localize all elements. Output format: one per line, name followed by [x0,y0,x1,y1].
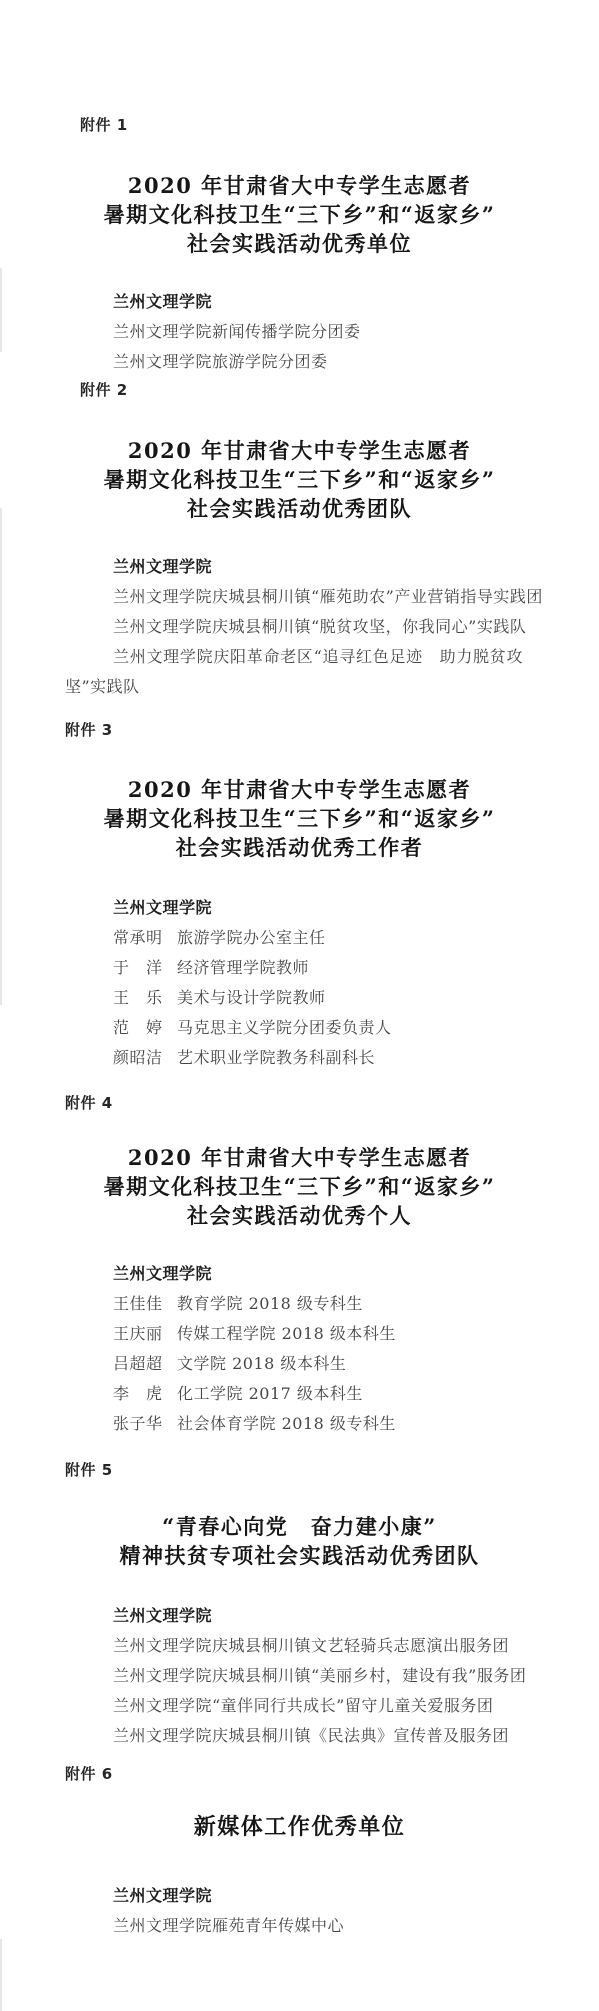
award-list: 兰州文理学院 王佳佳教育学院 2018 级专科生王庆丽传媒工程学院 2018 级… [65,1259,523,1439]
award-item: 兰州文理学院庆阳革命老区“追寻红色足迹 助力脱贫攻坚”实践队 [65,642,523,702]
title-line: 社会实践活动优秀团队 [0,494,599,523]
title-line: 暑期文化科技卫生“三下乡”和“返家乡” [0,804,599,833]
attachment-title: “青春心向党 奋力建小康”精神扶贫专项社会实践活动优秀团队 [0,1512,599,1570]
title-line: 社会实践活动优秀个人 [0,1201,599,1230]
award-item: 兰州文理学院“童伴同行共成长”留守儿童关爱服务团 [65,1691,523,1721]
group-heading: 兰州文理学院 [65,893,523,923]
recipient-name: 王佳佳 [113,1289,161,1319]
attachment-title: 2020 年甘肃省大中专学生志愿者暑期文化科技卫生“三下乡”和“返家乡”社会实践… [0,171,599,258]
attachment-label: 附件 4 [65,1094,599,1113]
group-heading: 兰州文理学院 [65,1881,523,1911]
award-list: 兰州文理学院 兰州文理学院新闻传播学院分团委兰州文理学院旅游学院分团委 [65,287,523,377]
award-item: 兰州文理学院庆城县桐川镇“美丽乡村，建设有我”服务团 [65,1661,523,1691]
recipient-name: 王庆丽 [113,1319,161,1349]
award-item: 兰州文理学院庆城县桐川镇文艺轻骑兵志愿演出服务团 [65,1631,523,1661]
attachment-label: 附件 1 [80,116,599,135]
group-heading: 兰州文理学院 [65,1601,523,1631]
award-item: 颜昭洁艺术职业学院教务科副科长 [65,1043,523,1073]
attachment-section: 附件 1 2020 年甘肃省大中专学生志愿者暑期文化科技卫生“三下乡”和“返家乡… [0,116,599,377]
recipient-name: 于 洋 [113,953,161,983]
recipient-desc: 马克思主义学院分团委负责人 [177,1018,392,1037]
title-line: 社会实践活动优秀工作者 [0,833,599,862]
title-line: 2020 年甘肃省大中专学生志愿者 [0,171,599,200]
award-item: 兰州文理学院庆城县桐川镇“雁苑助农”产业营销指导实践团 [65,582,523,612]
award-item: 李 虎化工学院 2017 级本科生 [65,1379,523,1409]
title-line: 新媒体工作优秀单位 [0,1812,599,1842]
title-line: 2020 年甘肃省大中专学生志愿者 [0,436,599,465]
attachment-section: 附件 5 “青春心向党 奋力建小康”精神扶贫专项社会实践活动优秀团队 兰州文理学… [0,1461,599,1751]
award-item-line: 兰州文理学院庆阳革命老区“追寻红色足迹 助力脱贫攻 [65,642,523,672]
recipient-name: 颜昭洁 [113,1043,161,1073]
award-item: 王庆丽传媒工程学院 2018 级本科生 [65,1319,523,1349]
award-list: 兰州文理学院 兰州文理学院雁苑青年传媒中心 [65,1881,523,1941]
attachment-title: 2020 年甘肃省大中专学生志愿者暑期文化科技卫生“三下乡”和“返家乡”社会实践… [0,775,599,862]
attachment-section: 附件 3 2020 年甘肃省大中专学生志愿者暑期文化科技卫生“三下乡”和“返家乡… [0,721,599,1073]
award-list: 兰州文理学院 兰州文理学院庆城县桐川镇文艺轻骑兵志愿演出服务团兰州文理学院庆城县… [65,1601,523,1751]
award-list: 兰州文理学院 兰州文理学院庆城县桐川镇“雁苑助农”产业营销指导实践团兰州文理学院… [65,552,523,702]
recipient-desc: 社会体育学院 2018 级专科生 [177,1414,396,1433]
attachment-title: 2020 年甘肃省大中专学生志愿者暑期文化科技卫生“三下乡”和“返家乡”社会实践… [0,436,599,523]
group-heading: 兰州文理学院 [65,287,523,317]
recipient-desc: 化工学院 2017 级本科生 [177,1384,363,1403]
recipient-desc: 旅游学院办公室主任 [177,928,326,947]
award-item: 兰州文理学院庆城县桐川镇《民法典》宣传普及服务团 [65,1721,523,1751]
title-line: 2020 年甘肃省大中专学生志愿者 [0,1143,599,1172]
title-line: 社会实践活动优秀单位 [0,229,599,258]
group-heading: 兰州文理学院 [65,1259,523,1289]
award-item: 兰州文理学院旅游学院分团委 [65,347,523,377]
title-line: 2020 年甘肃省大中专学生志愿者 [0,775,599,804]
scan-edge-artifact [0,1939,2,2011]
attachment-section: 附件 4 2020 年甘肃省大中专学生志愿者暑期文化科技卫生“三下乡”和“返家乡… [0,1094,599,1439]
recipient-name: 吕超超 [113,1349,161,1379]
recipient-desc: 艺术职业学院教务科副科长 [177,1048,375,1067]
award-item: 兰州文理学院新闻传播学院分团委 [65,317,523,347]
recipient-desc: 经济管理学院教师 [177,958,309,977]
title-line: 暑期文化科技卫生“三下乡”和“返家乡” [0,465,599,494]
award-item: 吕超超文学院 2018 级本科生 [65,1349,523,1379]
recipient-desc: 教育学院 2018 级专科生 [177,1294,363,1313]
award-item: 兰州文理学院庆城县桐川镇“脱贫攻坚，你我同心”实践队 [65,612,523,642]
award-item: 张子华社会体育学院 2018 级专科生 [65,1409,523,1439]
recipient-desc: 美术与设计学院教师 [177,988,326,1007]
attachment-title: 新媒体工作优秀单位 [0,1812,599,1842]
award-item: 兰州文理学院雁苑青年传媒中心 [65,1911,523,1941]
recipient-name: 张子华 [113,1409,161,1439]
attachment-label: 附件 3 [65,721,599,740]
scan-edge-artifact [0,508,2,1005]
attachment-title: 2020 年甘肃省大中专学生志愿者暑期文化科技卫生“三下乡”和“返家乡”社会实践… [0,1143,599,1230]
attachments-document: 附件 1 2020 年甘肃省大中专学生志愿者暑期文化科技卫生“三下乡”和“返家乡… [0,116,599,1941]
attachment-label: 附件 2 [80,381,599,400]
award-list: 兰州文理学院 常承明旅游学院办公室主任于 洋经济管理学院教师王 乐美术与设计学院… [65,893,523,1073]
recipient-name: 范 婷 [113,1013,161,1043]
award-item: 王 乐美术与设计学院教师 [65,983,523,1013]
recipient-name: 李 虎 [113,1379,161,1409]
recipient-desc: 文学院 2018 级本科生 [177,1354,346,1373]
group-heading: 兰州文理学院 [65,552,523,582]
award-item: 范 婷马克思主义学院分团委负责人 [65,1013,523,1043]
award-item: 王佳佳教育学院 2018 级专科生 [65,1289,523,1319]
recipient-name: 常承明 [113,923,161,953]
award-item-line: 坚”实践队 [65,672,523,702]
document-page: 附件 1 2020 年甘肃省大中专学生志愿者暑期文化科技卫生“三下乡”和“返家乡… [0,0,599,2011]
title-line: 暑期文化科技卫生“三下乡”和“返家乡” [0,200,599,229]
title-line: “青春心向党 奋力建小康” [0,1512,599,1541]
recipient-name: 王 乐 [113,983,161,1013]
title-line: 精神扶贫专项社会实践活动优秀团队 [0,1541,599,1570]
recipient-desc: 传媒工程学院 2018 级本科生 [177,1324,396,1343]
scan-edge-artifact [0,268,2,352]
attachment-label: 附件 5 [65,1461,599,1480]
award-item: 常承明旅游学院办公室主任 [65,923,523,953]
attachment-section: 附件 6 新媒体工作优秀单位 兰州文理学院 兰州文理学院雁苑青年传媒中心 [0,1765,599,1941]
attachment-label: 附件 6 [65,1765,599,1784]
title-line: 暑期文化科技卫生“三下乡”和“返家乡” [0,1172,599,1201]
award-item: 于 洋经济管理学院教师 [65,953,523,983]
attachment-section: 附件 2 2020 年甘肃省大中专学生志愿者暑期文化科技卫生“三下乡”和“返家乡… [0,381,599,702]
